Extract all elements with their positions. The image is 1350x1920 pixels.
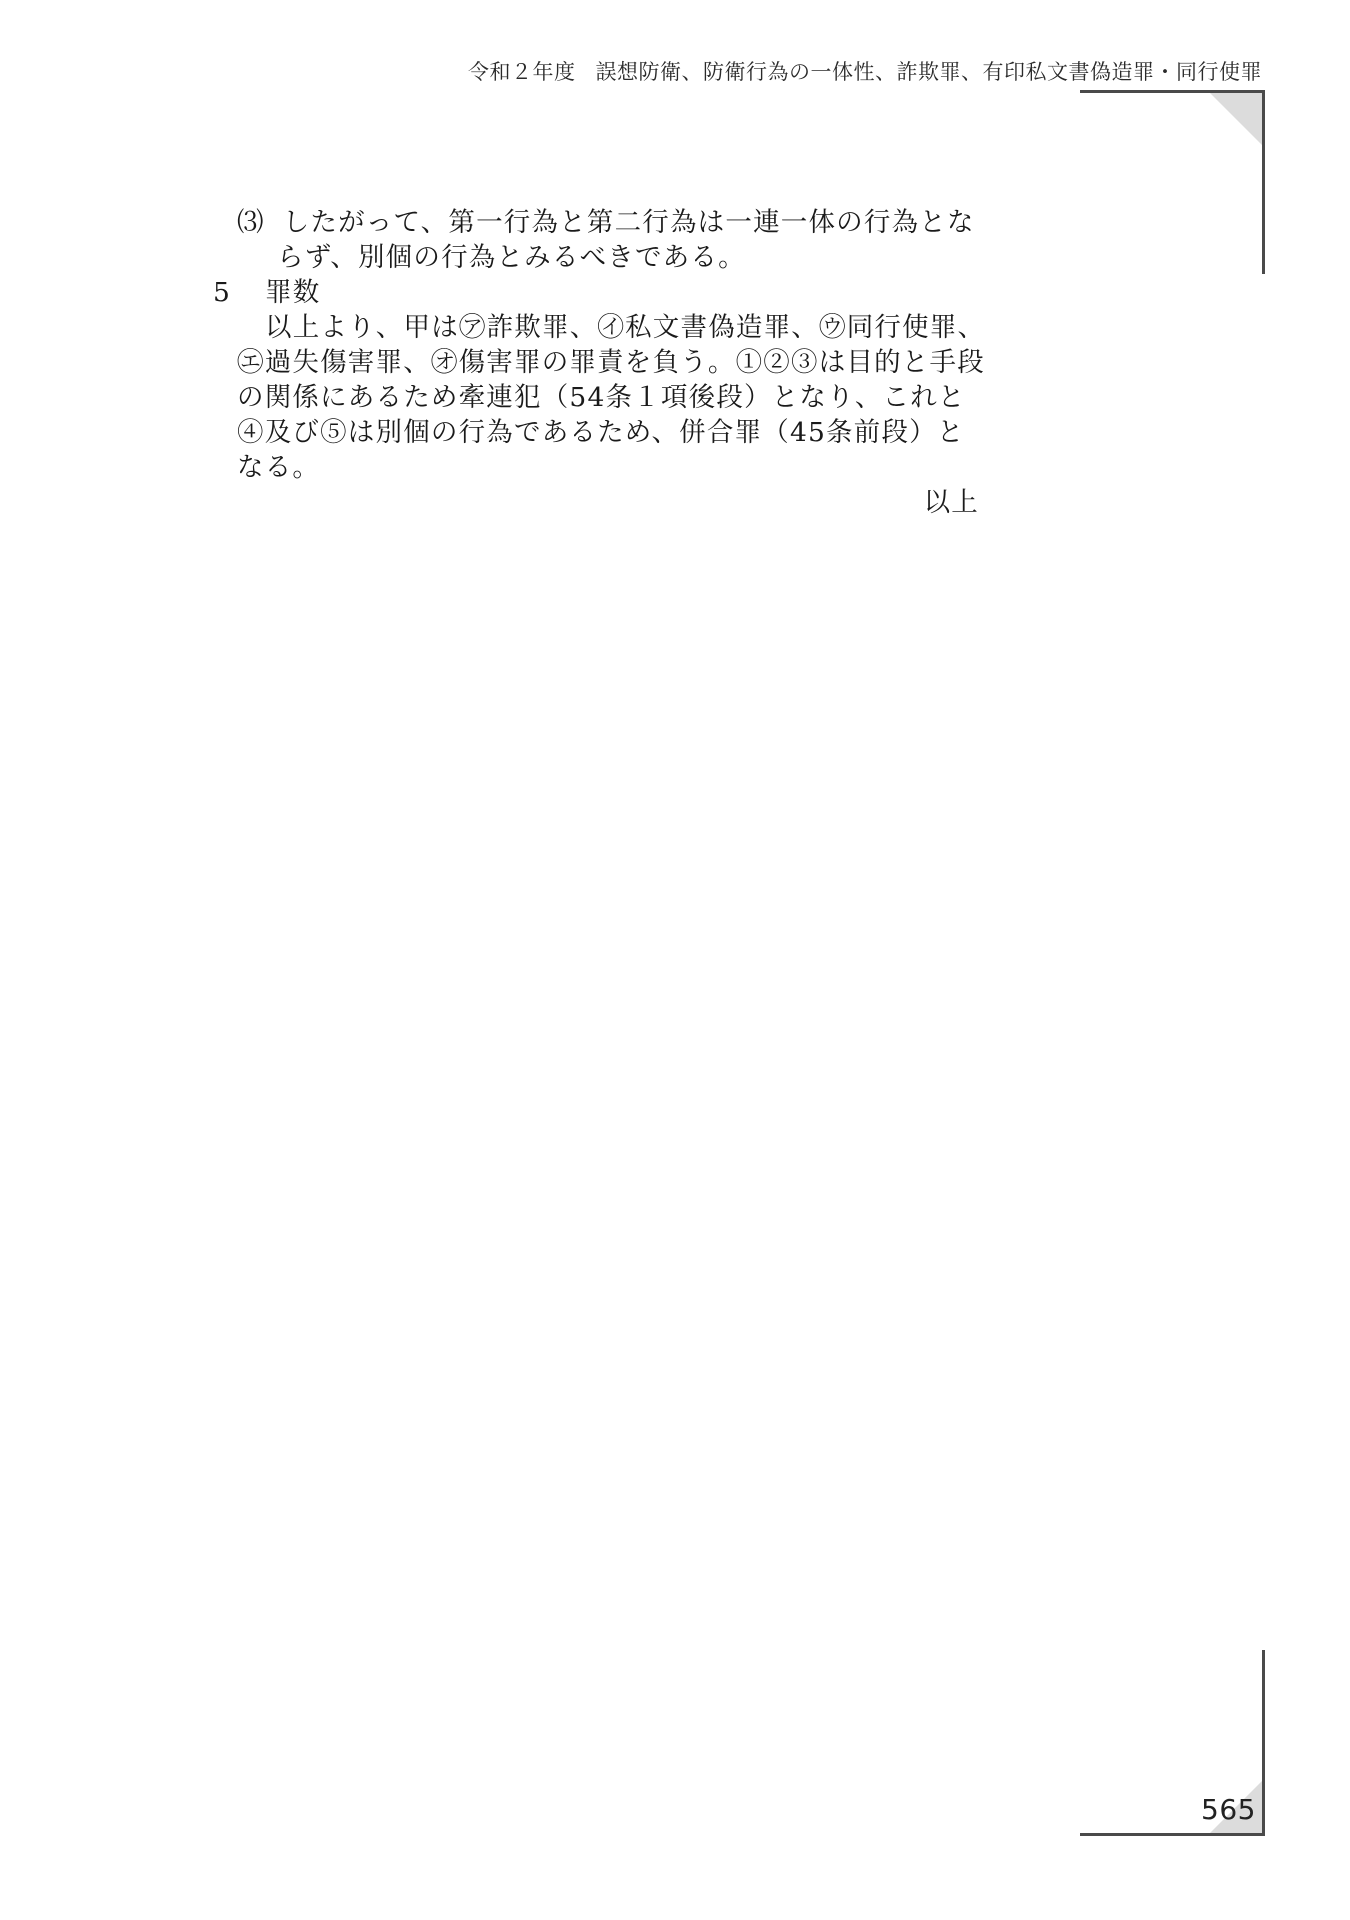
- section-5-line-4: ④及び⑤は別個の行為であるため、併合罪（45条前段）と: [237, 415, 979, 450]
- section-5-line-1: 以上より、甲は㋐詐欺罪、㋑私文書偽造罪、㋒同行使罪、: [237, 310, 979, 345]
- subsection-3-marker: ⑶: [237, 207, 265, 238]
- section-5-title: 罪数: [265, 277, 320, 308]
- section-5-text-3: の関係にあるため牽連犯（54条１項後段）となり、これと: [237, 382, 966, 413]
- page-number: 565: [1201, 1793, 1256, 1826]
- bottom-corner-vertical-rule: [1262, 1650, 1265, 1836]
- bottom-corner-horizontal-rule: [1080, 1833, 1265, 1836]
- closing-text: 以上: [924, 487, 979, 518]
- running-head: 令和２年度誤想防衛、防衛行為の一体性、詐欺罪、有印私文書偽造罪・同行使罪: [468, 56, 1262, 86]
- section-5-line-2: ㋓過失傷害罪、㋔傷害罪の罪責を負う。①②③は目的と手段: [237, 345, 979, 380]
- section-5-line-5: なる。: [237, 450, 979, 485]
- section-5-line-3: の関係にあるため牽連犯（54条１項後段）となり、これと: [237, 380, 979, 415]
- running-head-topics: 誤想防衛、防衛行為の一体性、詐欺罪、有印私文書偽造罪・同行使罪: [596, 60, 1263, 84]
- section-5-text-4: ④及び⑤は別個の行為であるため、併合罪（45条前段）と: [237, 417, 965, 448]
- section-5-text-2: ㋓過失傷害罪、㋔傷害罪の罪責を負う。①②③は目的と手段: [237, 347, 985, 378]
- section-5-number: 5: [213, 275, 265, 310]
- subsection-3-text-1: したがって、第一行為と第二行為は一連一体の行為とな: [283, 207, 975, 238]
- section-5-text-5: なる。: [237, 452, 320, 483]
- top-corner-vertical-rule: [1262, 90, 1265, 274]
- running-head-year: 令和２年度: [468, 60, 576, 84]
- section-5-heading: 5罪数: [213, 275, 979, 310]
- section-5-text-1: 以上より、甲は㋐詐欺罪、㋑私文書偽造罪、㋒同行使罪、: [265, 312, 985, 343]
- answer-body: ⑶したがって、第一行為と第二行為は一連一体の行為とな らず、別個の行為とみるべき…: [237, 205, 979, 520]
- subsection-3-text-2: らず、別個の行為とみるべきである。: [277, 242, 746, 273]
- subsection-3-line-1: ⑶したがって、第一行為と第二行為は一連一体の行為とな: [237, 205, 979, 240]
- closing-line: 以上: [237, 485, 979, 520]
- subsection-3-line-2: らず、別個の行為とみるべきである。: [237, 240, 979, 275]
- top-corner-triangle-icon: [1210, 93, 1262, 145]
